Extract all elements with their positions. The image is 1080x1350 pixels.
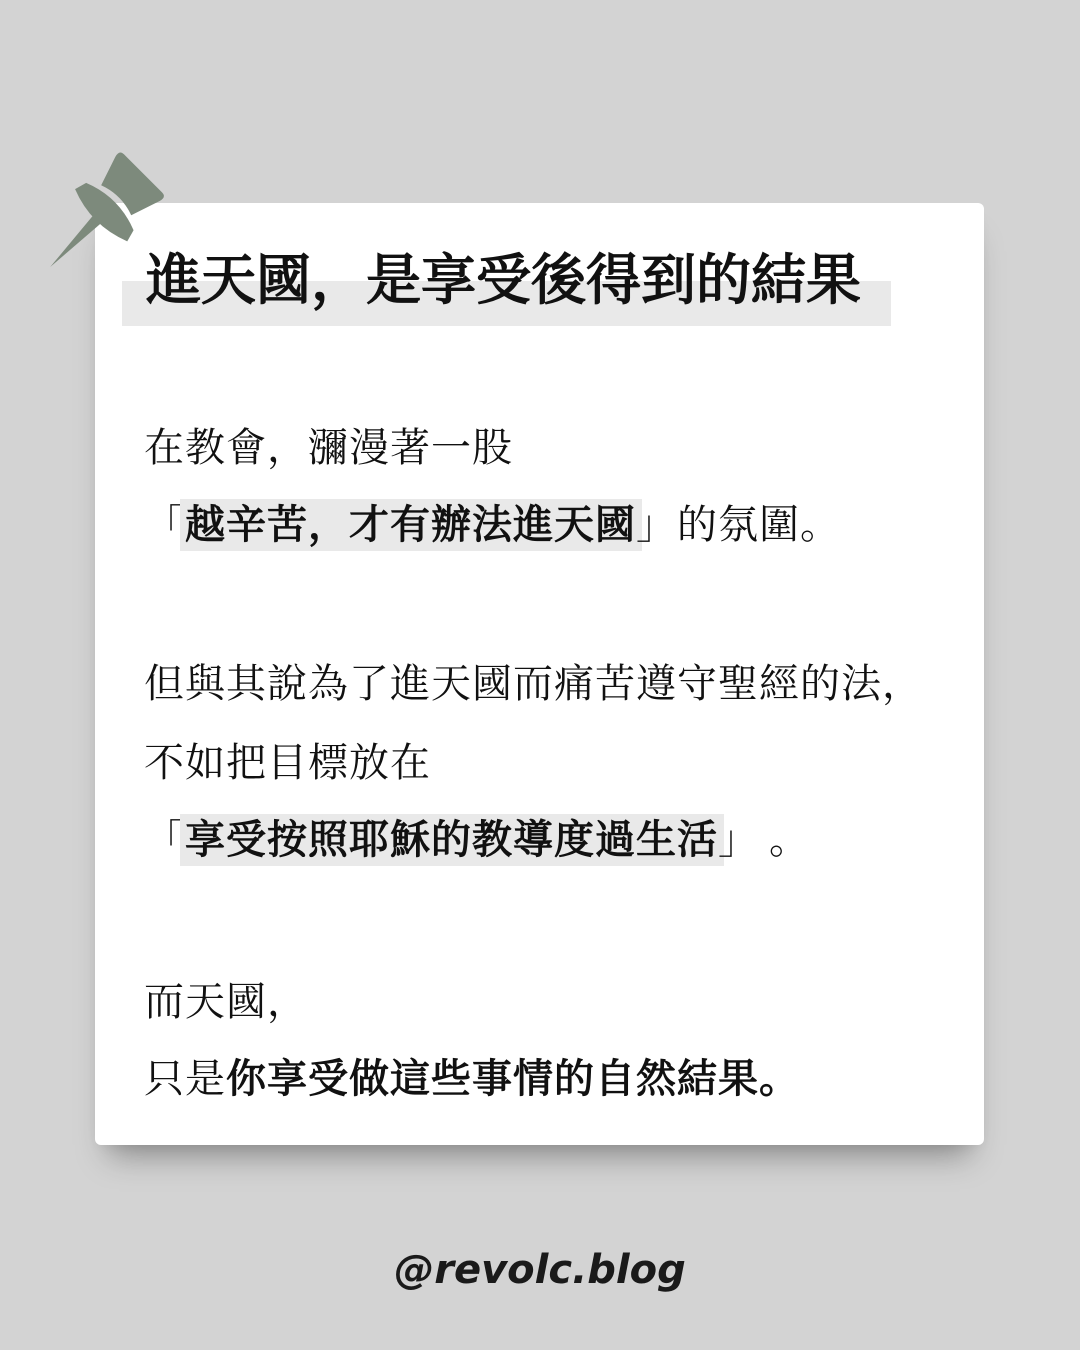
- post-background: 進天國，是享受後得到的結果 在教會，瀰漫著一股 「越辛苦，才有辦法進天國」的氛圍…: [0, 0, 1080, 1350]
- account-handle: @revolc.blog: [0, 1247, 1080, 1293]
- open-bracket: 「: [144, 817, 185, 863]
- line-tail: 」的氛圍。: [636, 502, 841, 548]
- page-title: 進天國，是享受後得到的結果: [122, 253, 891, 326]
- open-bracket: 「: [144, 502, 185, 548]
- period: 。: [769, 817, 810, 863]
- body-line: 不如把目標放在: [144, 743, 431, 783]
- body-line: 「越辛苦，才有辦法進天國」的氛圍。: [144, 505, 841, 545]
- bold-phrase: 你享受做這些事情的自然結果。: [226, 1056, 800, 1102]
- body-line: 「享受按照耶穌的教導度過生活」。: [144, 820, 810, 860]
- body-line: 只是你享受做這些事情的自然結果。: [144, 1059, 800, 1099]
- close-bracket: 」: [718, 817, 739, 863]
- body-line: 而天國，: [144, 982, 308, 1022]
- body-line: 在教會，瀰漫著一股: [144, 428, 513, 468]
- body-line: 但與其說為了進天國而痛苦遵守聖經的法，: [144, 664, 923, 704]
- highlighted-phrase: 越辛苦，才有辦法進天國: [180, 499, 642, 551]
- title-highlight: 進天國，是享受後得到的結果: [122, 253, 891, 326]
- highlighted-phrase: 享受按照耶穌的教導度過生活: [180, 814, 724, 866]
